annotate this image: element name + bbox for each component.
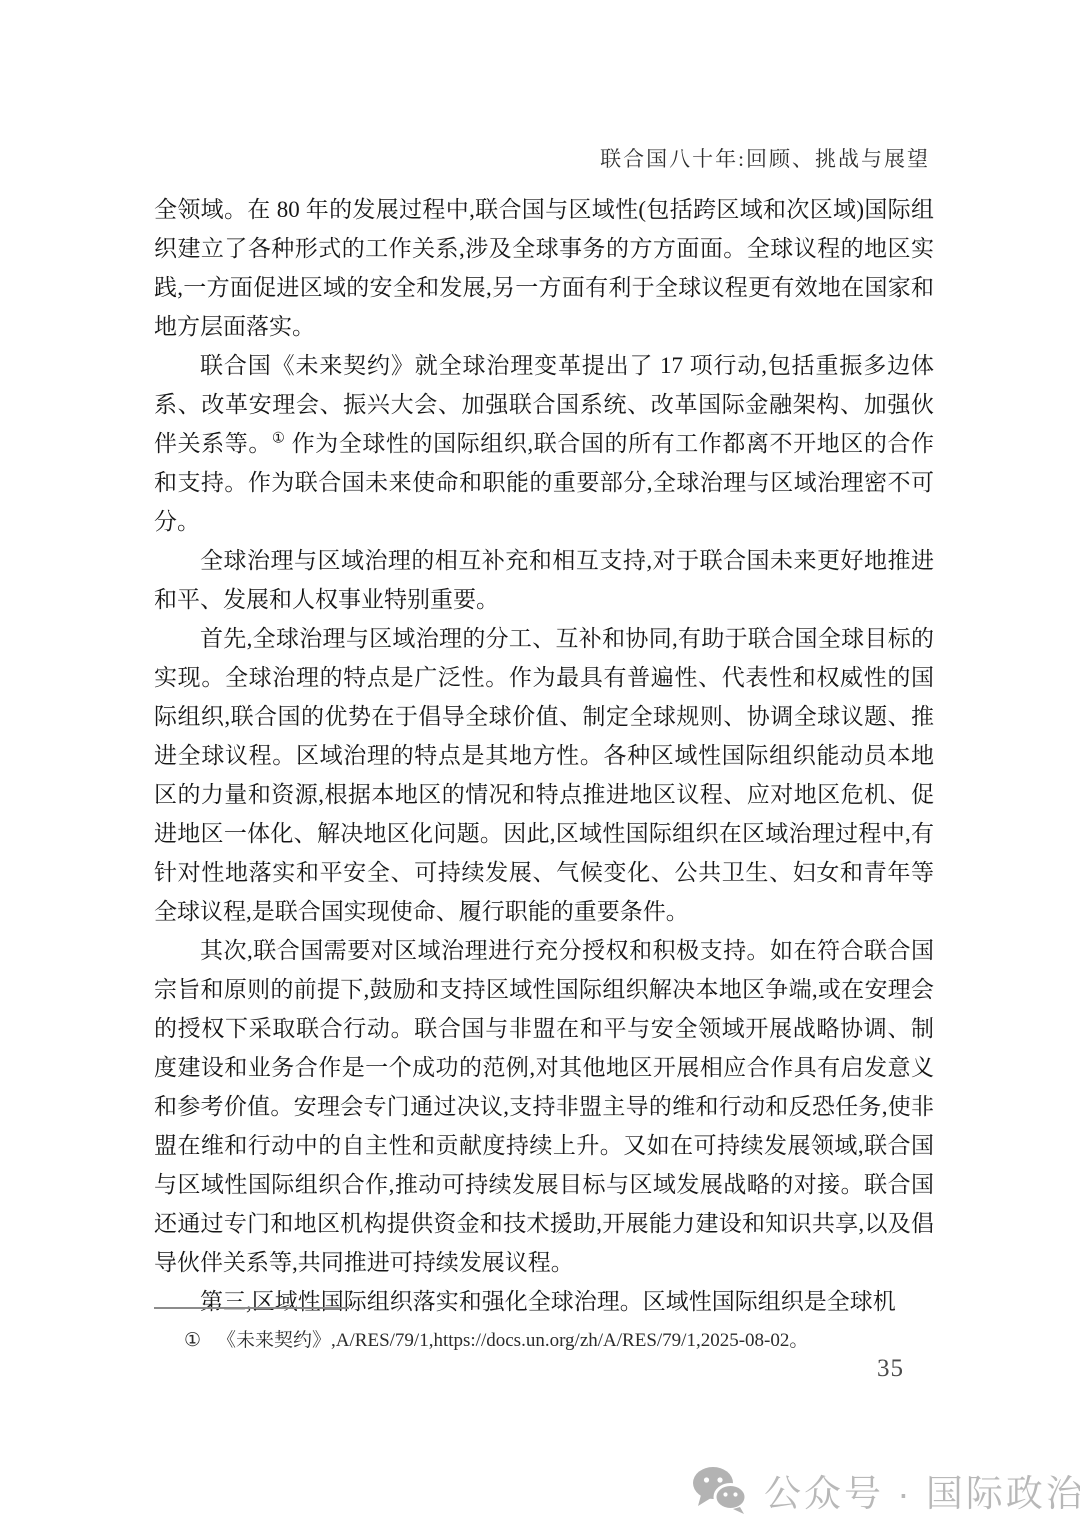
- running-header: 联合国八十年:回顾、挑战与展望: [600, 143, 930, 173]
- paragraph: 全领域。在 80 年的发展过程中,联合国与区域性(包括跨区域和次区域)国际组织建…: [154, 190, 934, 346]
- paragraph: 全球治理与区域治理的相互补充和相互支持,对于联合国未来更好地推进和平、发展和人权…: [154, 541, 934, 619]
- watermark: 公众号 · 国际政治研究: [692, 1460, 1080, 1520]
- paragraph: 第三,区域性国际组织落实和强化全球治理。区域性国际组织是全球机: [154, 1282, 934, 1321]
- watermark-label: 公众号 · 国际政治研究: [764, 1463, 1080, 1517]
- wechat-icon: [692, 1466, 748, 1514]
- page-number: 35: [877, 1355, 904, 1383]
- paragraph: 首先,全球治理与区域治理的分工、互补和协同,有助于联合国全球目标的实现。全球治理…: [154, 619, 934, 931]
- footnote-separator: [154, 1307, 349, 1309]
- article-body: 全领域。在 80 年的发展过程中,联合国与区域性(包括跨区域和次区域)国际组织建…: [154, 190, 934, 1321]
- footnote-marker: ①: [184, 1330, 201, 1351]
- paragraph: 联合国《未来契约》就全球治理变革提出了 17 项行动,包括重振多边体系、改革安理…: [154, 346, 934, 541]
- paragraph: 其次,联合国需要对区域治理进行充分授权和积极支持。如在符合联合国宗旨和原则的前提…: [154, 931, 934, 1282]
- document-page: 联合国八十年:回顾、挑战与展望 全领域。在 80 年的发展过程中,联合国与区域性…: [0, 0, 1080, 1527]
- footnote-text: 《未来契约》,A/RES/79/1,https://docs.un.org/zh…: [217, 1330, 808, 1351]
- footnote: ①《未来契约》,A/RES/79/1,https://docs.un.org/z…: [154, 1326, 934, 1356]
- footnote-reference: ①: [272, 430, 285, 446]
